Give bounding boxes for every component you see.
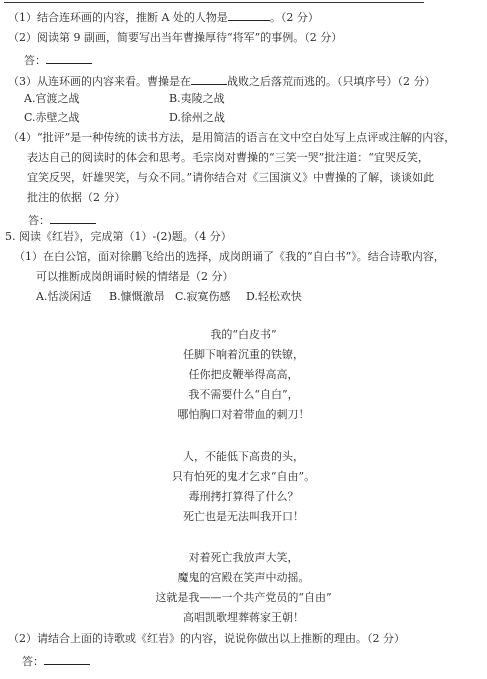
question-4-4-line3: 宜笑反哭，奸雄哭笑，与众不同。”请你结合对《三国演义》中曹操的了解，谈谈如此 (27, 171, 434, 185)
option-c: C.寂寞伤感 (175, 290, 231, 304)
poem-line: 我不需要什么“自白”， (0, 388, 487, 402)
q1-score: 。（2 分） (270, 11, 319, 24)
poem-line: 高唱凯歌埋葬蒋家王朝！ (0, 611, 487, 625)
question-4-2: （2）阅读第 9 副画，简要写出当年曹操厚待“将军”的事例。（2 分） (8, 31, 342, 45)
poem-line: 哪怕胸口对着带血的刺刀！ (0, 408, 487, 422)
answer-label: 答： (22, 655, 44, 668)
top-rule (4, 2, 424, 3)
answer-row-4: 答： (28, 212, 96, 228)
question-4-3: （3）从连环画的内容来看。曹操是在战败之后落荒而逃的。（只填序号）（2 分） (8, 73, 436, 89)
answer-row-2: 答： (24, 52, 92, 68)
question-4-1: （1）结合连环画的内容，推断 A 处的人物是。（2 分） (8, 9, 319, 25)
question-5-1-line2: 可以推断成岗朗诵时候的情绪是（2 分） (36, 270, 234, 284)
poem-line: 只有怕死的鬼才乞求“自由”。 (0, 470, 487, 484)
question-5-2: （2）请结合上面的诗歌或《红岩》的内容，说说你做出以上推断的理由。（2 分） (8, 632, 405, 646)
poem-line: 任脚下响着沉重的铁镣， (0, 348, 487, 362)
poem-line: 任你把皮鞭举得高高， (0, 368, 487, 382)
q1-text: （1）结合连环画的内容，推断 A 处的人物是 (8, 11, 228, 24)
option-a: A.官渡之战 (24, 92, 79, 106)
poem-title: 我的“白皮书” (0, 328, 487, 342)
answer-blank[interactable] (50, 212, 96, 224)
answer-row-5-2: 答： (22, 653, 90, 669)
answer-label: 答： (28, 214, 50, 227)
option-a: A.恬淡闲适 (36, 290, 91, 304)
poem-line: 对着死亡我放声大笑， (0, 551, 487, 565)
question-4-4-line1: （4）“批评”是一种传统的读书方法，是用简洁的语言在文中空白处写上点评或注解的内… (8, 131, 455, 145)
option-c: C.赤壁之战 (24, 111, 80, 125)
question-4-4-line4: 批注的依据（2 分） (27, 191, 126, 205)
poem-line: 魔鬼的宫殿在笑声中动摇。 (0, 571, 487, 585)
answer-label: 答： (24, 54, 46, 67)
poem-line: 死亡也是无法叫我开口！ (0, 510, 487, 524)
poem-line: 人，不能低下高贵的头， (0, 450, 487, 464)
answer-blank[interactable] (228, 9, 270, 21)
answer-blank[interactable] (44, 653, 90, 665)
question-4-4-line2: 表达自己的阅读时的体会和思考。毛宗岗对曹操的“三笑一哭”批注道：“宜哭反笑， (27, 151, 429, 165)
question-5-1-line1: （1）在白公馆，面对徐鹏飞给出的选择，成岗朗诵了《我的“自白书”》。结合诗歌内容… (14, 250, 445, 264)
option-d: D.徐州之战 (169, 111, 225, 125)
answer-blank[interactable] (191, 73, 227, 85)
poem-line: 这就是我——一个共产党员的“自由” (0, 591, 487, 605)
question-5-title: 5. 阅读《红岩》，完成第（1）-(2)题。（4 分） (5, 230, 232, 244)
q3-suffix: 战败之后落荒而逃的。（只填序号）（2 分） (227, 75, 436, 88)
poem-line: 毒刑拷打算得了什么？ (0, 490, 487, 504)
option-d: D.轻松欢快 (246, 290, 302, 304)
answer-blank[interactable] (46, 52, 92, 64)
option-b: B.慷慨激昂 (109, 290, 165, 304)
q3-prefix: （3）从连环画的内容来看。曹操是在 (8, 75, 191, 88)
option-b: B.夷陵之战 (169, 92, 225, 106)
